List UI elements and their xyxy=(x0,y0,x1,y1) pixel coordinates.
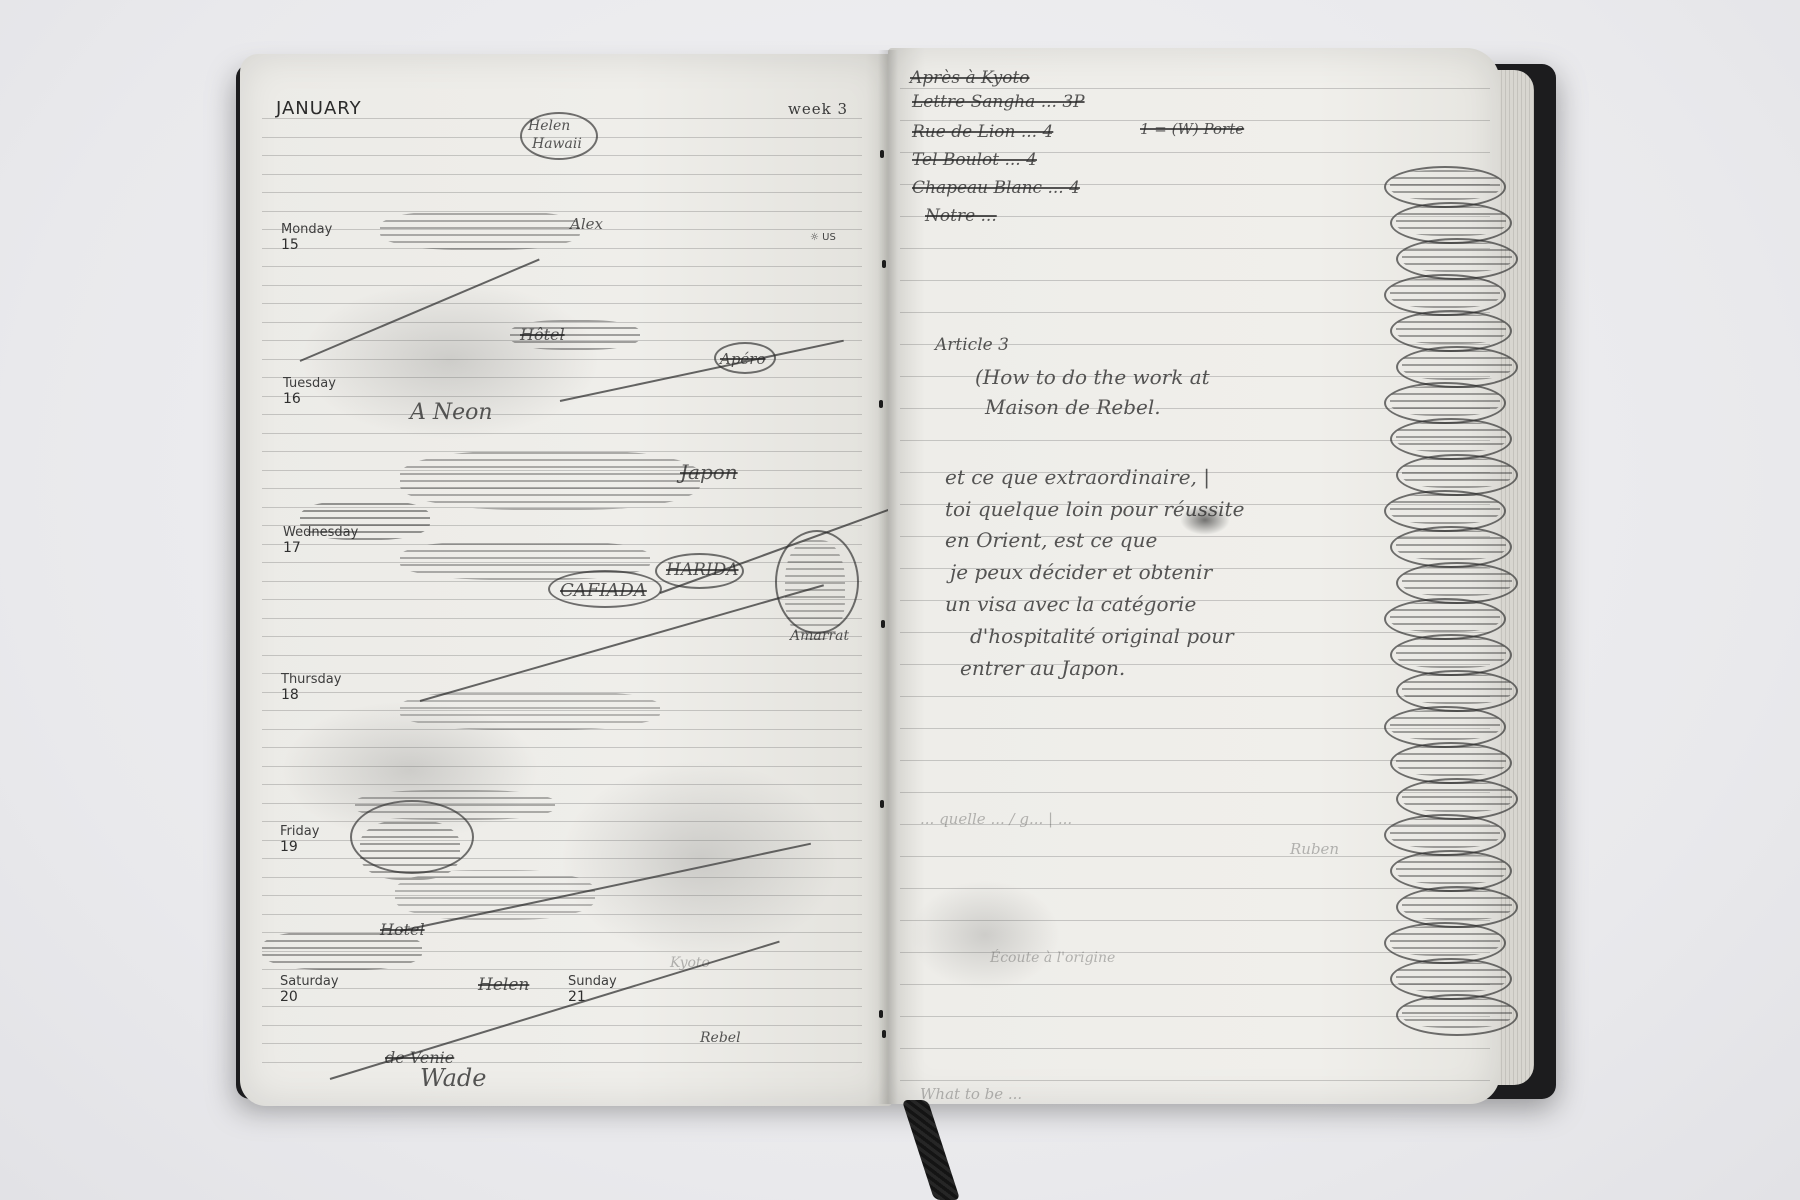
day-number: 18 xyxy=(281,687,341,703)
ruled-line xyxy=(262,988,862,989)
ruled-line xyxy=(262,1025,862,1026)
week-number: week 3 xyxy=(788,100,848,118)
pencil-smudge xyxy=(560,760,840,960)
day-name: Sunday xyxy=(568,974,617,989)
ruled-line xyxy=(262,192,862,193)
handwriting: Rebel xyxy=(700,1030,741,1046)
faint-note: ... quelle ... / g... | ... xyxy=(920,810,1072,828)
day-name: Friday xyxy=(280,824,319,839)
parenthetical-line: Maison de Rebel. xyxy=(985,395,1161,419)
pencil-smudge xyxy=(910,880,1060,990)
list-item: Rue de Lion ... 4 xyxy=(912,122,1053,142)
crossed-out-text xyxy=(380,210,580,250)
paragraph-line: et ce que extraordinaire, | xyxy=(945,465,1210,489)
crossed-out-text xyxy=(262,930,422,970)
ruled-line xyxy=(262,655,862,656)
ruled-line xyxy=(262,211,862,212)
list-item: Tel Boulot ... 4 xyxy=(912,150,1037,170)
page-tear xyxy=(879,400,883,408)
ruled-line xyxy=(262,433,862,434)
list-aside: 1 = (W) Porte xyxy=(1140,120,1244,138)
circled-note xyxy=(655,553,744,589)
section-label: Article 3 xyxy=(935,335,1009,355)
ruled-line xyxy=(262,618,862,619)
list-item: Après à Kyoto xyxy=(910,68,1030,88)
parenthetical-line: (How to do the work at xyxy=(975,365,1210,389)
day-name: Saturday xyxy=(280,974,339,989)
day-thursday: Thursday 18 xyxy=(281,672,341,703)
day-number: 20 xyxy=(280,989,339,1005)
ruled-line xyxy=(900,88,1490,89)
ruled-line xyxy=(262,248,862,249)
page-tear xyxy=(882,260,886,268)
ruled-line xyxy=(262,174,862,175)
day-sunday: Sunday 21 xyxy=(568,974,617,1005)
ruled-line xyxy=(262,673,862,674)
ruled-line xyxy=(262,285,862,286)
paragraph-line: en Orient, est ce que xyxy=(945,528,1157,552)
page-tear xyxy=(882,1030,886,1038)
handwriting: Wade xyxy=(420,1064,486,1092)
ruled-line xyxy=(262,636,862,637)
pencil-smudge xyxy=(280,700,540,840)
holiday-marker: ☼ US xyxy=(810,232,836,243)
holiday-label: US xyxy=(822,232,836,243)
day-monday: Monday 15 xyxy=(281,222,332,253)
day-number: 17 xyxy=(283,540,358,556)
month-heading: JANUARY xyxy=(276,98,362,119)
ruled-line xyxy=(262,266,862,267)
paragraph-line: un visa avec la catégorie xyxy=(945,592,1196,616)
ruled-line xyxy=(900,1048,1490,1049)
page-tear xyxy=(879,1010,883,1018)
paragraph-line: entrer au Japon. xyxy=(960,656,1125,680)
circled-note xyxy=(520,112,598,160)
day-number: 19 xyxy=(280,839,319,855)
day-saturday: Saturday 20 xyxy=(280,974,339,1005)
ruled-line xyxy=(900,856,1490,857)
paragraph-line: d'hospitalité original pour xyxy=(970,624,1234,648)
list-item: Chapeau Blanc ... 4 xyxy=(912,178,1080,198)
faint-note: Ruben xyxy=(1290,840,1339,858)
bookmark-ribbon xyxy=(902,1100,960,1200)
ruled-line xyxy=(262,1043,862,1044)
ruled-line xyxy=(900,312,1490,313)
crossed-out-text xyxy=(400,450,700,510)
list-item: Lettre Sangha ... 3P xyxy=(912,92,1085,112)
crossed-out-text xyxy=(300,500,430,540)
day-number: 15 xyxy=(281,237,332,253)
sun-icon: ☼ xyxy=(810,232,819,243)
day-friday: Friday 19 xyxy=(280,824,319,855)
page-tear xyxy=(880,800,884,808)
spine-gutter xyxy=(878,50,898,1104)
page-tear xyxy=(880,150,884,158)
circled-note xyxy=(1396,994,1518,1036)
page-tear xyxy=(881,620,885,628)
ruled-line xyxy=(900,1080,1490,1081)
paragraph-line: je peux décider et obtenir xyxy=(950,560,1212,584)
day-name: Monday xyxy=(281,222,332,237)
ink-smudge xyxy=(1180,505,1230,535)
faint-note: What to be ... xyxy=(920,1085,1022,1103)
pencil-smudge xyxy=(300,280,600,440)
day-name: Thursday xyxy=(281,672,341,687)
handwriting: Helen xyxy=(478,975,529,995)
crossed-out-text xyxy=(400,540,650,580)
ruled-line xyxy=(262,1062,862,1063)
list-item: Notre ... xyxy=(925,206,997,226)
